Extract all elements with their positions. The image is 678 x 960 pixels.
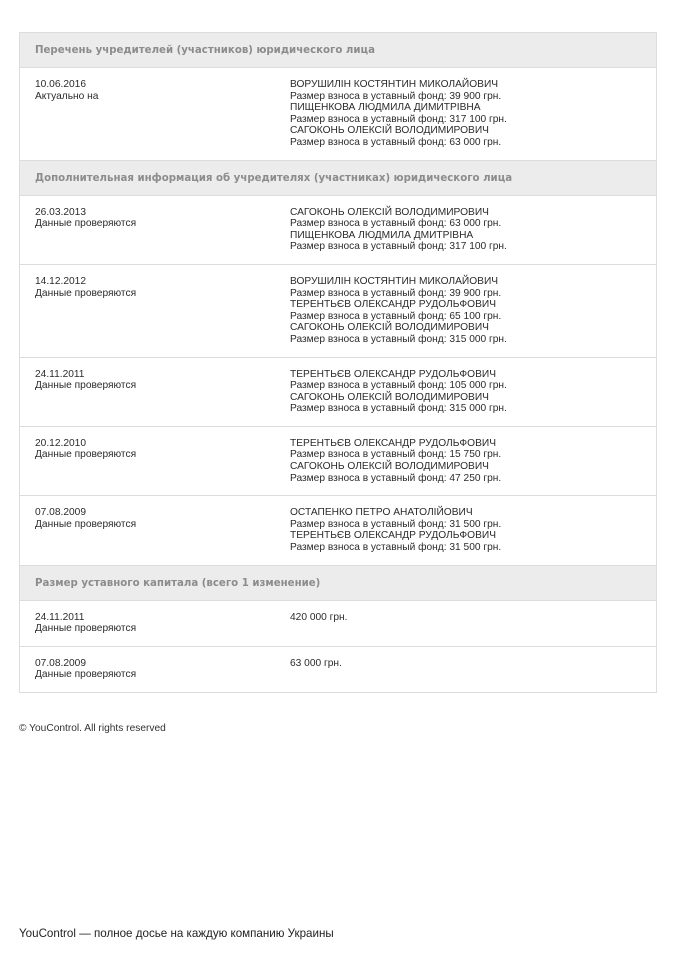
section-header: Перечень учредителей (участников) юридич… [20, 33, 656, 68]
row-date: 14.12.2012 [35, 276, 290, 288]
founder-name: ОСТАПЕНКО ПЕТРО АНАТОЛІЙОВИЧ [290, 507, 656, 519]
founder-name: ВОРУШИЛІН КОСТЯНТИН МИКОЛАЙОВИЧ [290, 79, 656, 91]
contribution-amount: Размер взноса в уставный фонд: 39 900 гр… [290, 91, 656, 103]
table-row: 07.08.2009Данные проверяютсяОСТАПЕНКО ПЕ… [20, 496, 656, 565]
founder-name: ПИЩЕНКОВА ЛЮДМИЛА ДИМИТРІВНА [290, 102, 656, 114]
section-header: Дополнительная информация об учредителях… [20, 161, 656, 196]
table-row: 07.08.2009Данные проверяются63 000 грн. [20, 647, 656, 693]
row-details-cell: ОСТАПЕНКО ПЕТРО АНАТОЛІЙОВИЧРазмер взнос… [290, 507, 656, 553]
row-status: Данные проверяются [35, 288, 290, 300]
row-date-cell: 26.03.2013Данные проверяются [35, 207, 290, 253]
row-details-cell: САГОКОНЬ ОЛЕКСІЙ ВОЛОДИМИРОВИЧРазмер взн… [290, 207, 656, 253]
row-details-cell: 63 000 грн. [290, 658, 656, 681]
row-date: 10.06.2016 [35, 79, 290, 91]
row-date: 20.12.2010 [35, 438, 290, 450]
founder-name: САГОКОНЬ ОЛЕКСІЙ ВОЛОДИМИРОВИЧ [290, 125, 656, 137]
table-row: 20.12.2010Данные проверяютсяТЕРЕНТЬЄВ ОЛ… [20, 427, 656, 496]
copyright-notice: © YouControl. All rights reserved [19, 723, 166, 734]
row-status: Актуально на [35, 91, 290, 103]
row-date-cell: 20.12.2010Данные проверяются [35, 438, 290, 484]
row-date-cell: 24.11.2011Данные проверяются [35, 612, 290, 635]
founder-name: ТЕРЕНТЬЄВ ОЛЕКСАНДР РУДОЛЬФОВИЧ [290, 369, 656, 381]
row-details-cell: 420 000 грн. [290, 612, 656, 635]
row-details-cell: ТЕРЕНТЬЄВ ОЛЕКСАНДР РУДОЛЬФОВИЧРазмер вз… [290, 438, 656, 484]
founder-name: ТЕРЕНТЬЄВ ОЛЕКСАНДР РУДОЛЬФОВИЧ [290, 530, 656, 542]
contribution-amount: Размер взноса в уставный фонд: 317 100 г… [290, 114, 656, 126]
section-header: Размер уставного капитала (всего 1 измен… [20, 566, 656, 601]
contribution-amount: Размер взноса в уставный фонд: 317 100 г… [290, 241, 656, 253]
contribution-amount: Размер взноса в уставный фонд: 63 000 гр… [290, 218, 656, 230]
row-status: Данные проверяются [35, 380, 290, 392]
contribution-amount: Размер взноса в уставный фонд: 39 900 гр… [290, 288, 656, 300]
contribution-amount: 420 000 грн. [290, 612, 656, 624]
row-date: 26.03.2013 [35, 207, 290, 219]
contribution-amount: Размер взноса в уставный фонд: 47 250 гр… [290, 473, 656, 485]
row-status: Данные проверяются [35, 623, 290, 635]
row-status: Данные проверяются [35, 669, 290, 681]
founder-name: САГОКОНЬ ОЛЕКСІЙ ВОЛОДИМИРОВИЧ [290, 461, 656, 473]
row-date: 24.11.2011 [35, 612, 290, 624]
row-date-cell: 24.11.2011Данные проверяются [35, 369, 290, 415]
row-status: Данные проверяются [35, 449, 290, 461]
contribution-amount: Размер взноса в уставный фонд: 105 000 г… [290, 380, 656, 392]
contribution-amount: Размер взноса в уставный фонд: 31 500 гр… [290, 519, 656, 531]
table-row: 10.06.2016Актуально наВОРУШИЛІН КОСТЯНТИ… [20, 68, 656, 161]
contribution-amount: Размер взноса в уставный фонд: 65 100 гр… [290, 311, 656, 323]
table-row: 24.11.2011Данные проверяютсяТЕРЕНТЬЄВ ОЛ… [20, 358, 656, 427]
founder-name: САГОКОНЬ ОЛЕКСІЙ ВОЛОДИМИРОВИЧ [290, 322, 656, 334]
table-row: 24.11.2011Данные проверяются420 000 грн. [20, 601, 656, 647]
company-report-table: Перечень учредителей (участников) юридич… [19, 32, 657, 693]
row-date-cell: 14.12.2012Данные проверяются [35, 276, 290, 346]
founder-name: ПИЩЕНКОВА ЛЮДМИЛА ДМИТРІВНА [290, 230, 656, 242]
row-details-cell: ВОРУШИЛІН КОСТЯНТИН МИКОЛАЙОВИЧРазмер вз… [290, 79, 656, 149]
row-date-cell: 07.08.2009Данные проверяются [35, 507, 290, 553]
row-date-cell: 10.06.2016Актуально на [35, 79, 290, 149]
founder-name: САГОКОНЬ ОЛЕКСІЙ ВОЛОДИМИРОВИЧ [290, 392, 656, 404]
contribution-amount: 63 000 грн. [290, 658, 656, 670]
row-status: Данные проверяются [35, 519, 290, 531]
founder-name: САГОКОНЬ ОЛЕКСІЙ ВОЛОДИМИРОВИЧ [290, 207, 656, 219]
row-date: 24.11.2011 [35, 369, 290, 381]
founder-name: ТЕРЕНТЬЄВ ОЛЕКСАНДР РУДОЛЬФОВИЧ [290, 299, 656, 311]
contribution-amount: Размер взноса в уставный фонд: 315 000 г… [290, 334, 656, 346]
contribution-amount: Размер взноса в уставный фонд: 31 500 гр… [290, 542, 656, 554]
row-date: 07.08.2009 [35, 507, 290, 519]
contribution-amount: Размер взноса в уставный фонд: 15 750 гр… [290, 449, 656, 461]
row-status: Данные проверяются [35, 218, 290, 230]
row-date: 07.08.2009 [35, 658, 290, 670]
contribution-amount: Размер взноса в уставный фонд: 315 000 г… [290, 403, 656, 415]
founder-name: ТЕРЕНТЬЄВ ОЛЕКСАНДР РУДОЛЬФОВИЧ [290, 438, 656, 450]
footer-tagline: YouControl — полное досье на каждую комп… [19, 927, 334, 940]
row-date-cell: 07.08.2009Данные проверяются [35, 658, 290, 681]
contribution-amount: Размер взноса в уставный фонд: 63 000 гр… [290, 137, 656, 149]
row-details-cell: ВОРУШИЛІН КОСТЯНТИН МИКОЛАЙОВИЧРазмер вз… [290, 276, 656, 346]
founder-name: ВОРУШИЛІН КОСТЯНТИН МИКОЛАЙОВИЧ [290, 276, 656, 288]
table-row: 14.12.2012Данные проверяютсяВОРУШИЛІН КО… [20, 265, 656, 358]
row-details-cell: ТЕРЕНТЬЄВ ОЛЕКСАНДР РУДОЛЬФОВИЧРазмер вз… [290, 369, 656, 415]
table-row: 26.03.2013Данные проверяютсяСАГОКОНЬ ОЛЕ… [20, 196, 656, 265]
